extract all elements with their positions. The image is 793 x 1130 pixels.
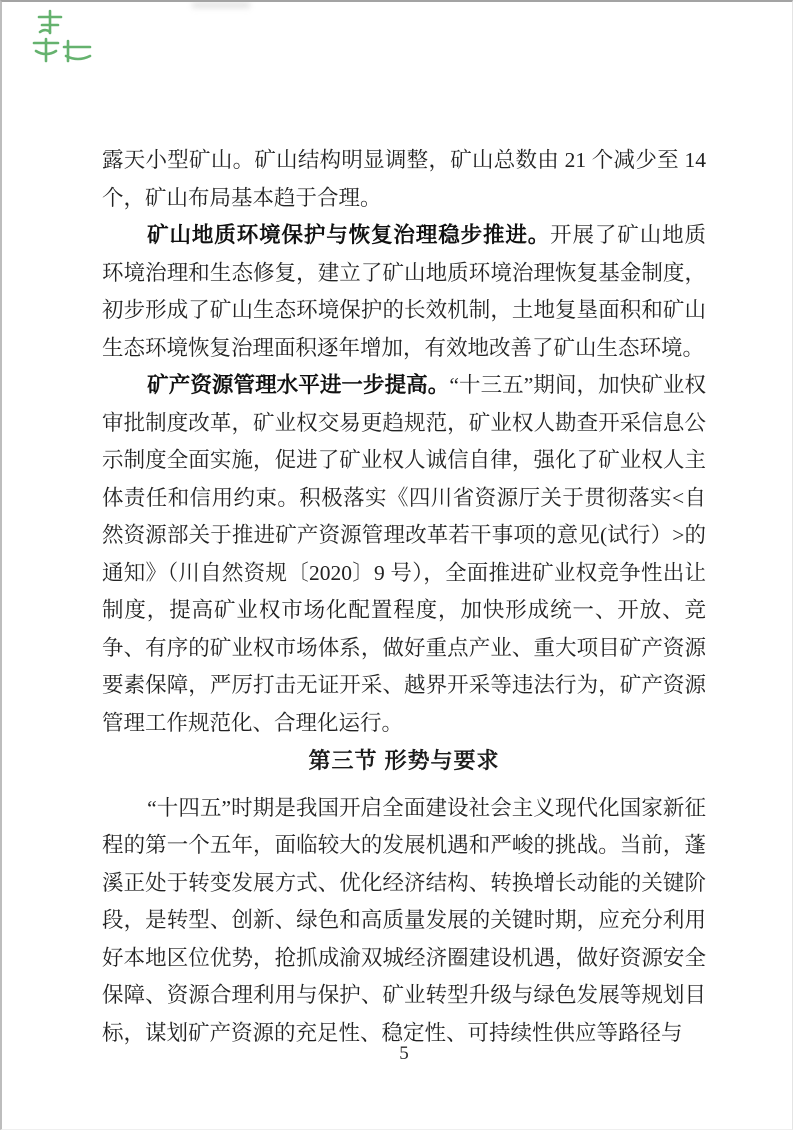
section-heading: 第三节 形势与要求 bbox=[102, 742, 706, 780]
paragraph-mine-environment: 矿山地质环境保护与恢复治理稳步推进。开展了矿山地质环境治理和生态修复，建立了矿山… bbox=[102, 217, 706, 367]
paragraph-text: “十四五”时期是我国开启全面建设社会主义现代化国家新征程的第一个五年，面临较大的… bbox=[102, 796, 706, 1045]
green-stamp-icon bbox=[30, 37, 94, 69]
page-content: 露天小型矿山。矿山结构明显调整，矿山总数由 21 个减少至 14 个，矿山布局基… bbox=[102, 142, 706, 1052]
paragraph-text: 露天小型矿山。矿山结构明显调整，矿山总数由 21 个减少至 14 个，矿山布局基… bbox=[102, 148, 706, 210]
paragraph-text: “十三五”期间，加快矿业权审批制度改革，矿业权交易更趋规范，矿业权人勘查开采信息… bbox=[102, 373, 706, 735]
paragraph-resource-management: 矿产资源管理水平进一步提高。“十三五”期间，加快矿业权审批制度改革，矿业权交易更… bbox=[102, 367, 706, 742]
paragraph-lead: 矿产资源管理水平进一步提高。 bbox=[147, 373, 449, 397]
scanned-document-page: { "page": { "number": "5", "background":… bbox=[0, 0, 793, 1130]
page-number: 5 bbox=[102, 1043, 706, 1065]
paragraph-lead: 矿山地质环境保护与恢复治理稳步推进。 bbox=[147, 223, 550, 247]
paragraph-situation-requirements: “十四五”时期是我国开启全面建设社会主义现代化国家新征程的第一个五年，面临较大的… bbox=[102, 790, 706, 1053]
paragraph-continuation: 露天小型矿山。矿山结构明显调整，矿山总数由 21 个减少至 14 个，矿山布局基… bbox=[102, 142, 706, 217]
scan-smudge bbox=[192, 2, 250, 8]
